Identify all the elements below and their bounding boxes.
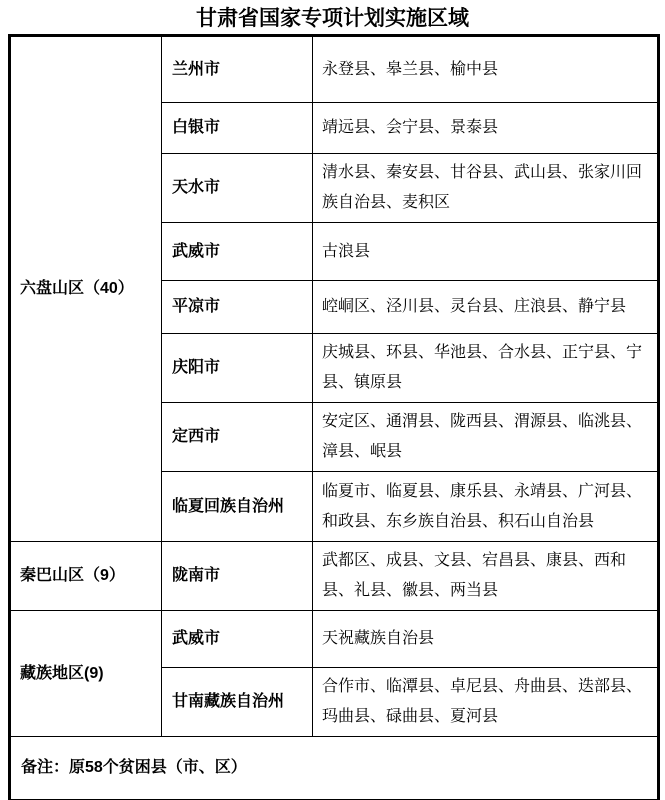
counties-cell: 崆峒区、泾川县、灵台县、庄浪县、静宁县 (313, 281, 659, 334)
plan-table: 六盘山区（40）兰州市永登县、皋兰县、榆中县白银市靖远县、会宁县、景泰县天水市清… (8, 34, 660, 800)
city-cell: 定西市 (162, 403, 313, 472)
counties-cell: 合作市、临潭县、卓尼县、舟曲县、迭部县、玛曲县、碌曲县、夏河县 (313, 668, 659, 737)
city-cell: 武威市 (162, 611, 313, 668)
table-footer-row: 备注：原58个贫困县（市、区） (10, 737, 659, 800)
city-cell: 白银市 (162, 103, 313, 154)
counties-cell: 庆城县、环县、华池县、合水县、正宁县、宁县、镇原县 (313, 334, 659, 403)
table-row: 藏族地区(9)武威市天祝藏族自治县 (10, 611, 659, 668)
page-title: 甘肃省国家专项计划实施区域 (0, 0, 665, 34)
counties-cell: 武都区、成县、文县、宕昌县、康县、西和县、礼县、徽县、两当县 (313, 542, 659, 611)
counties-cell: 天祝藏族自治县 (313, 611, 659, 668)
city-cell: 天水市 (162, 154, 313, 223)
city-cell: 庆阳市 (162, 334, 313, 403)
city-cell: 武威市 (162, 223, 313, 281)
counties-cell: 清水县、秦安县、甘谷县、武山县、张家川回族自治县、麦积区 (313, 154, 659, 223)
counties-cell: 临夏市、临夏县、康乐县、永靖县、广河县、和政县、东乡族自治县、积石山自治县 (313, 472, 659, 542)
region-group-cell: 秦巴山区（9） (10, 542, 162, 611)
counties-cell: 安定区、通渭县、陇西县、渭源县、临洮县、漳县、岷县 (313, 403, 659, 472)
footer-note: 备注：原58个贫困县（市、区） (10, 737, 659, 800)
page: 甘肃省国家专项计划实施区域 六盘山区（40）兰州市永登县、皋兰县、榆中县白银市靖… (0, 0, 665, 800)
city-cell: 兰州市 (162, 36, 313, 103)
counties-cell: 古浪县 (313, 223, 659, 281)
city-cell: 临夏回族自治州 (162, 472, 313, 542)
city-cell: 甘南藏族自治州 (162, 668, 313, 737)
plan-table-body: 六盘山区（40）兰州市永登县、皋兰县、榆中县白银市靖远县、会宁县、景泰县天水市清… (10, 36, 659, 800)
table-row: 六盘山区（40）兰州市永登县、皋兰县、榆中县 (10, 36, 659, 103)
region-group-cell: 六盘山区（40） (10, 36, 162, 542)
city-cell: 陇南市 (162, 542, 313, 611)
table-row: 秦巴山区（9）陇南市武都区、成县、文县、宕昌县、康县、西和县、礼县、徽县、两当县 (10, 542, 659, 611)
counties-cell: 靖远县、会宁县、景泰县 (313, 103, 659, 154)
region-group-cell: 藏族地区(9) (10, 611, 162, 737)
counties-cell: 永登县、皋兰县、榆中县 (313, 36, 659, 103)
city-cell: 平凉市 (162, 281, 313, 334)
